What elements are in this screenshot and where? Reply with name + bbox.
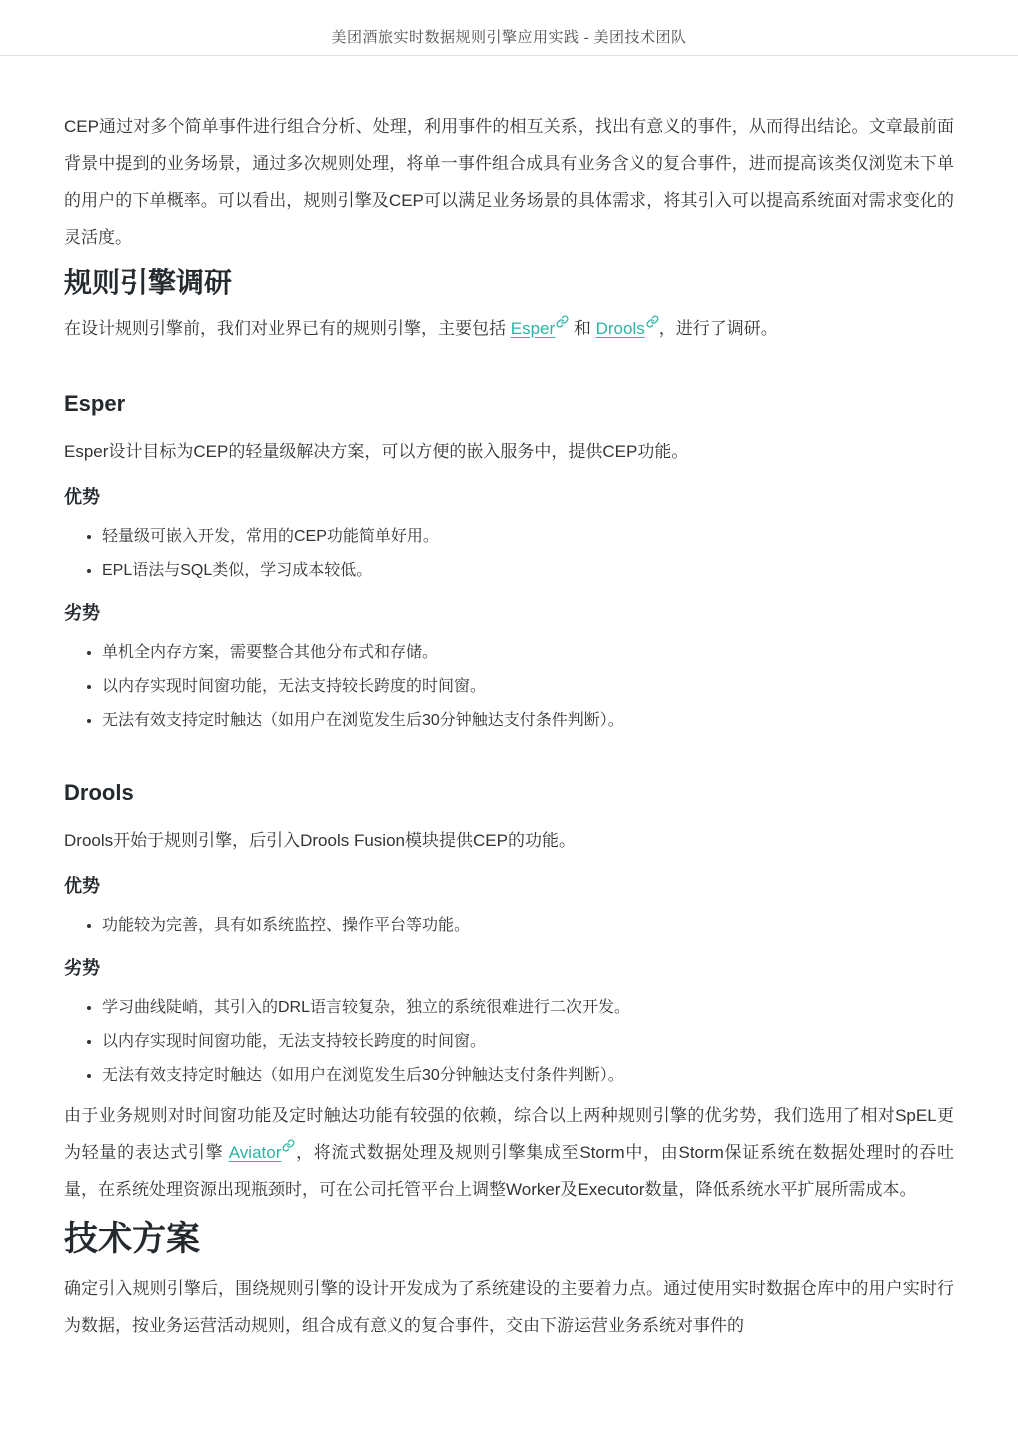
aviator-link[interactable]: Aviator (229, 1143, 296, 1162)
drools-pros-heading: 优势 (64, 873, 954, 899)
drools-cons-list: 学习曲线陡峭，其引入的DRL语言较复杂，独立的系统很难进行二次开发。 以内存实现… (64, 993, 954, 1091)
tech-paragraph: 确定引入规则引擎后，围绕规则引擎的设计开发成为了系统建设的主要着力点。通过使用实… (64, 1270, 954, 1344)
external-link-icon (282, 1139, 295, 1152)
esper-link[interactable]: Esper (511, 319, 569, 338)
drools-cons-heading: 劣势 (64, 955, 954, 981)
print-header: 美团酒旅实时数据规则引擎应用实践 - 美团技术团队 (0, 0, 1018, 56)
esper-description: Esper设计目标为CEP的轻量级解决方案，可以方便的嵌入服务中，提供CEP功能… (64, 433, 954, 470)
survey-section-heading: 规则引擎调研 (64, 264, 954, 302)
text-segment: ，进行了调研。 (659, 319, 778, 338)
external-link-icon (556, 315, 569, 328)
survey-intro-paragraph: 在设计规则引擎前，我们对业界已有的规则引擎，主要包括 Esper 和 Drool… (64, 310, 954, 347)
esper-pros-list: 轻量级可嵌入开发，常用的CEP功能简单好用。 EPL语法与SQL类似，学习成本较… (64, 522, 954, 586)
intro-paragraph: CEP通过对多个简单事件进行组合分析、处理，利用事件的相互关系，找出有意义的事件… (64, 108, 954, 256)
esper-pros-heading: 优势 (64, 484, 954, 510)
aviator-link-label: Aviator (229, 1143, 282, 1162)
list-item: 以内存实现时间窗功能，无法支持较长跨度的时间窗。 (102, 1027, 954, 1057)
tech-section-heading: 技术方案 (64, 1216, 954, 1262)
list-item: 学习曲线陡峭，其引入的DRL语言较复杂，独立的系统很难进行二次开发。 (102, 993, 954, 1023)
list-item: 无法有效支持定时触达（如用户在浏览发生后30分钟触达支付条件判断）。 (102, 1061, 954, 1091)
list-item: 单机全内存方案，需要整合其他分布式和存储。 (102, 638, 954, 668)
esper-cons-list: 单机全内存方案，需要整合其他分布式和存储。 以内存实现时间窗功能，无法支持较长跨… (64, 638, 954, 736)
drools-heading: Drools (64, 778, 954, 808)
list-item: 无法有效支持定时触达（如用户在浏览发生后30分钟触达支付条件判断）。 (102, 706, 954, 736)
list-item: 功能较为完善，具有如系统监控、操作平台等功能。 (102, 911, 954, 941)
conclusion-paragraph: 由于业务规则对时间窗功能及定时触达功能有较强的依赖，综合以上两种规则引擎的优劣势… (64, 1097, 954, 1208)
text-segment: 在设计规则引擎前，我们对业界已有的规则引擎，主要包括 (64, 319, 511, 338)
drools-pros-list: 功能较为完善，具有如系统监控、操作平台等功能。 (64, 911, 954, 941)
page-title: 美团酒旅实时数据规则引擎应用实践 - 美团技术团队 (332, 30, 687, 46)
drools-link[interactable]: Drools (596, 319, 659, 338)
text-segment: 和 (569, 319, 595, 338)
list-item: 轻量级可嵌入开发，常用的CEP功能简单好用。 (102, 522, 954, 552)
drools-description: Drools开始于规则引擎，后引入Drools Fusion模块提供CEP的功能… (64, 822, 954, 859)
esper-cons-heading: 劣势 (64, 600, 954, 626)
esper-link-label: Esper (511, 319, 555, 338)
list-item: 以内存实现时间窗功能，无法支持较长跨度的时间窗。 (102, 672, 954, 702)
drools-link-label: Drools (596, 319, 645, 338)
article-content: CEP通过对多个简单事件进行组合分析、处理，利用事件的相互关系，找出有意义的事件… (0, 56, 1018, 1344)
list-item: EPL语法与SQL类似，学习成本较低。 (102, 556, 954, 586)
esper-heading: Esper (64, 389, 954, 419)
external-link-icon (646, 315, 659, 328)
